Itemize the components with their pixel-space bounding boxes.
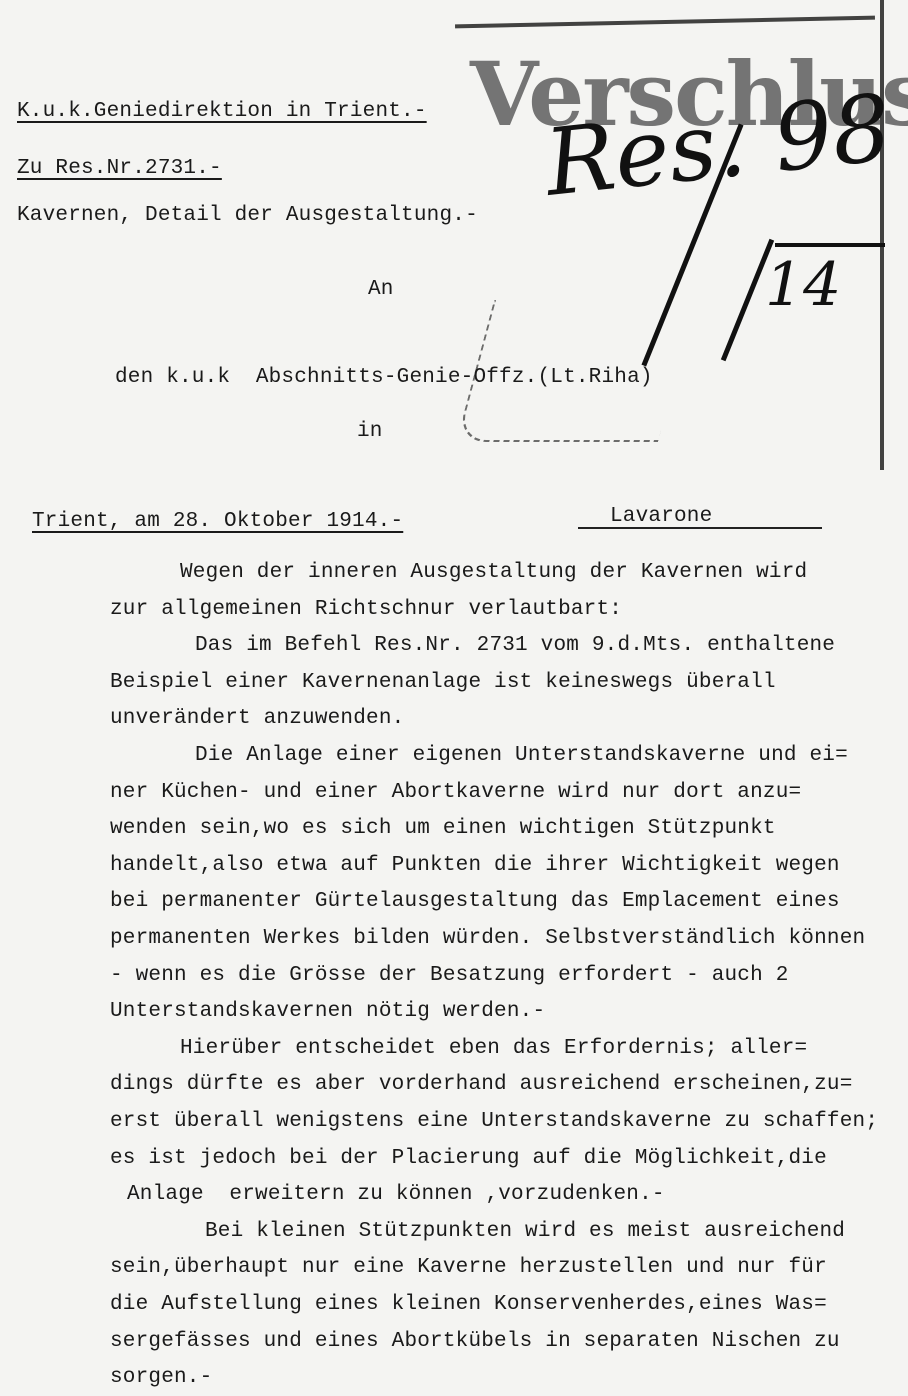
reference-line: Zu Res.Nr.2731.-: [17, 157, 222, 181]
body-line: Beispiel einer Kavernenanlage ist keines…: [110, 671, 776, 695]
address-to: An: [368, 278, 394, 302]
body-line: es ist jedoch bei der Placierung auf die…: [110, 1147, 827, 1171]
handwritten-reference-year: 14: [765, 255, 841, 315]
body-line: Anlage erweitern zu können ,vorzudenken.…: [127, 1183, 665, 1207]
body-line: sein,überhaupt nur eine Kaverne herzuste…: [110, 1256, 827, 1280]
document-page: Verschluss Res. 98 14 K.u.k.Geniedirekti…: [0, 0, 908, 1396]
address-in: in: [357, 420, 383, 444]
body-line: die Aufstellung eines kleinen Konservenh…: [110, 1293, 827, 1317]
body-line: Das im Befehl Res.Nr. 2731 vom 9.d.Mts. …: [195, 634, 835, 658]
body-line: Unterstandskavernen nötig werden.-: [110, 1000, 545, 1024]
address-recipient: den k.u.k Abschnitts-Genie-Offz.(Lt.Riha…: [115, 366, 653, 390]
body-line: sorgen.-: [110, 1366, 212, 1390]
stamp-border-top: [455, 16, 875, 29]
body-line: permanenten Werkes bilden würden. Selbst…: [110, 927, 865, 951]
authority-line: K.u.k.Geniedirektion in Trient.-: [17, 100, 427, 124]
body-line: - wenn es die Grösse der Besatzung erfor…: [110, 964, 789, 988]
dateline: Trient, am 28. Oktober 1914.-: [32, 510, 403, 534]
body-line: Hierüber entscheidet eben das Erforderni…: [180, 1037, 807, 1061]
body-line: erst überall wenigstens eine Unterstands…: [110, 1110, 878, 1134]
body-line: ner Küchen- und einer Abortkaverne wird …: [110, 781, 801, 805]
body-line: zur allgemeinen Richtschnur verlautbart:: [110, 598, 622, 622]
subject-line: Kavernen, Detail der Ausgestaltung.-: [17, 204, 478, 228]
body-line: bei permanenter Gürtelausgestaltung das …: [110, 890, 840, 914]
handwritten-bar: [775, 243, 885, 247]
body-line: Bei kleinen Stützpunkten wird es meist a…: [205, 1220, 845, 1244]
body-line: handelt,also etwa auf Punkten die ihrer …: [110, 854, 840, 878]
address-place: Lavarone: [610, 505, 712, 529]
body-line: Die Anlage einer eigenen Unterstandskave…: [195, 744, 848, 768]
place-underline: [578, 527, 822, 529]
body-line: unverändert anzuwenden.: [110, 707, 404, 731]
body-line: sergefässes und eines Abortkübels in sep…: [110, 1330, 840, 1354]
body-line: dings dürfte es aber vorderhand ausreich…: [110, 1073, 853, 1097]
body-line: Wegen der inneren Ausgestaltung der Kave…: [180, 561, 807, 585]
body-line: wenden sein,wo es sich um einen wichtige…: [110, 817, 776, 841]
